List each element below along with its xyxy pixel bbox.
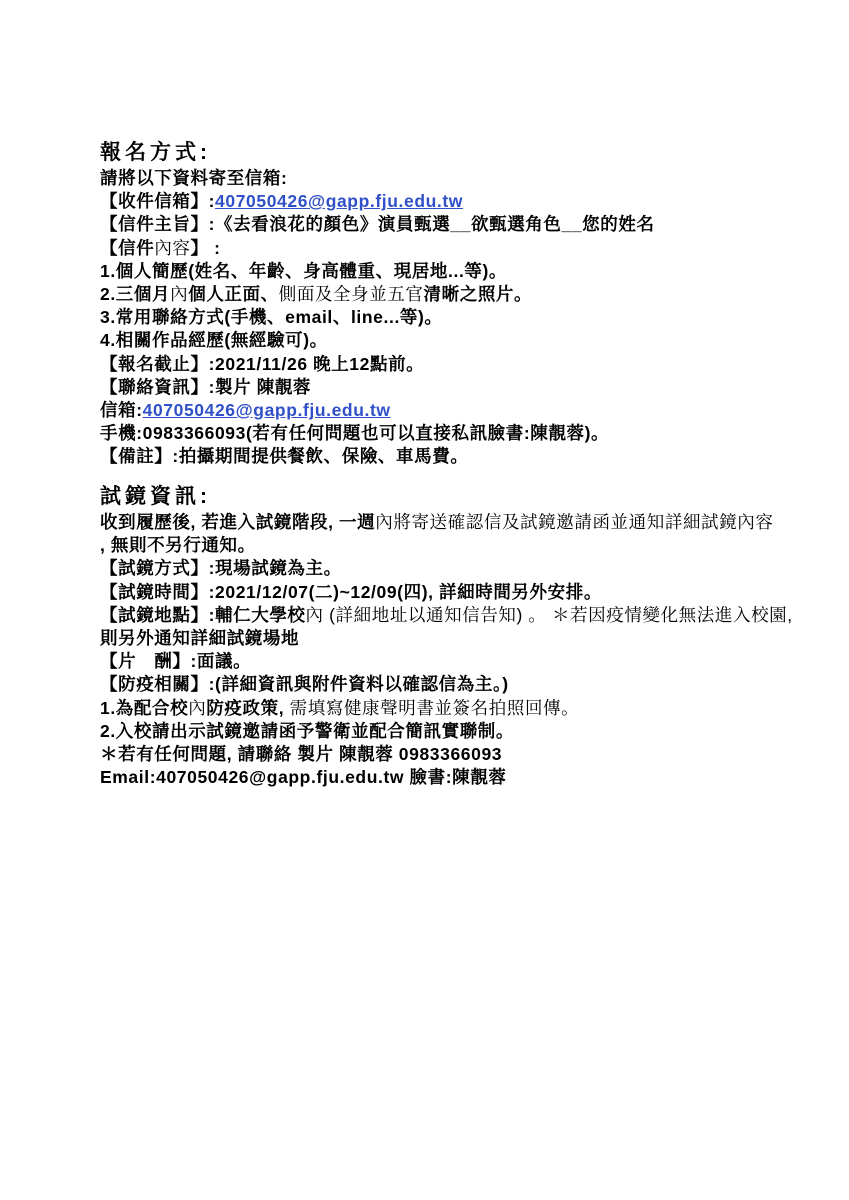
text-segment: 【防疫相關】:(詳細資訊與附件資料以確認信為主。) <box>100 674 509 694</box>
text-segment: 內 <box>188 698 206 718</box>
text-segment: 【試鏡時間】:2021/12/07(二)~12/09(四), 詳細時間另外安排。 <box>100 582 602 602</box>
text-line: 2.三個月內個人正面、側面及全身並五官清晰之照片。 <box>100 283 655 306</box>
text-line: Email:407050426@gapp.fju.edu.tw 臉書:陳靚蓉 <box>100 766 793 789</box>
text-line: ＊若有任何問題, 請聯絡 製片 陳靚蓉 0983366093 <box>100 743 793 766</box>
text-segment: 【片 酬】:面議。 <box>100 651 251 671</box>
text-segment: 防疫政策, <box>206 698 289 718</box>
text-line: 【報名截止】:2021/11/26 晚上12點前。 <box>100 353 655 376</box>
text-segment: 內將寄送確認信及試鏡邀請函並通知詳細試鏡內容 <box>375 512 773 532</box>
text-segment: 【試鏡地點】:輔仁大學校 <box>100 605 306 625</box>
section-heading: 試鏡資訊: <box>100 484 793 510</box>
text-line: 【備註】:拍攝期間提供餐飲、保險、車馬費。 <box>100 445 655 468</box>
text-line: 收到履歷後, 若進入試鏡階段, 一週內將寄送確認信及試鏡邀請函並通知詳細試鏡內容 <box>100 511 793 534</box>
text-segment: 【報名截止】:2021/11/26 晚上12點前。 <box>100 354 424 374</box>
text-segment: 收到履歷後, 若進入試鏡階段, 一週 <box>100 512 375 532</box>
text-line: 【信件主旨】:《去看浪花的顏色》演員甄選__欲甄選角色__您的姓名 <box>100 213 655 236</box>
text-line: 【信件內容】 : <box>100 237 655 260</box>
document-page: 報名方式:請將以下資料寄至信箱:【收件信箱】:407050426@gapp.fj… <box>0 0 849 1200</box>
text-line: 【試鏡方式】:現場試鏡為主。 <box>100 557 793 580</box>
document-section: 試鏡資訊:收到履歷後, 若進入試鏡階段, 一週內將寄送確認信及試鏡邀請函並通知詳… <box>100 484 793 789</box>
text-line: 則另外通知詳細試鏡場地 <box>100 627 793 650</box>
text-line: 【試鏡時間】:2021/12/07(二)~12/09(四), 詳細時間另外安排。 <box>100 581 793 604</box>
text-line: 手機:0983366093(若有任何問題也可以直接私訊臉書:陳靚蓉)。 <box>100 422 655 445</box>
text-segment: 清晰之照片。 <box>424 284 533 304</box>
text-segment: 內 <box>170 284 188 304</box>
text-segment: 3.常用聯絡方式(手機、email、line...等)。 <box>100 307 443 327</box>
text-line: 2.入校請出示試鏡邀請函予警衛並配合簡訊實聯制。 <box>100 720 793 743</box>
text-line: 4.相關作品經歷(無經驗可)。 <box>100 329 655 352</box>
text-line: 1.個人簡歷(姓名、年齡、身高體重、現居地...等)。 <box>100 260 655 283</box>
text-segment: 側面及全身並五官 <box>279 284 424 304</box>
text-line: 【試鏡地點】:輔仁大學校內 (詳細地址以通知信告知) 。 ＊若因疫情變化無法進入… <box>100 604 793 627</box>
text-line: , 無則不另行通知。 <box>100 534 793 557</box>
text-segment: 2.入校請出示試鏡邀請函予警衛並配合簡訊實聯制。 <box>100 721 514 741</box>
text-segment: 】 : <box>191 238 221 258</box>
text-segment: 需填寫健康聲明書並簽名拍照回傳。 <box>290 698 580 718</box>
document-section: 報名方式:請將以下資料寄至信箱:【收件信箱】:407050426@gapp.fj… <box>100 140 655 469</box>
text-segment: 內容 <box>154 238 190 258</box>
text-segment: 【備註】:拍攝期間提供餐飲、保險、車馬費。 <box>100 446 468 466</box>
email-link[interactable]: 407050426@gapp.fju.edu.tw <box>143 400 391 420</box>
text-line: 【聯絡資訊】:製片 陳靚蓉 <box>100 376 655 399</box>
text-segment: 則另外通知詳細試鏡場地 <box>100 628 299 648</box>
text-line: 1.為配合校內防疫政策, 需填寫健康聲明書並簽名拍照回傳。 <box>100 697 793 720</box>
text-segment: 內 (詳細地址以通知信告知) 。 ＊若因疫情變化無法進入校園, <box>306 605 793 625</box>
text-segment: , 無則不另行通知。 <box>100 535 256 555</box>
text-segment: 【信件主旨】:《去看浪花的顏色》演員甄選__欲甄選角色__您的姓名 <box>100 214 655 234</box>
text-segment: 4.相關作品經歷(無經驗可)。 <box>100 330 328 350</box>
text-segment: 個人正面、 <box>188 284 279 304</box>
text-segment: 2.三個月 <box>100 284 170 304</box>
text-line: 3.常用聯絡方式(手機、email、line...等)。 <box>100 306 655 329</box>
text-line: 【片 酬】:面議。 <box>100 650 793 673</box>
text-segment: 信箱: <box>100 400 143 420</box>
text-line: 【收件信箱】:407050426@gapp.fju.edu.tw <box>100 190 655 213</box>
text-segment: Email:407050426@gapp.fju.edu.tw 臉書:陳靚蓉 <box>100 767 506 787</box>
text-segment: 【試鏡方式】:現場試鏡為主。 <box>100 558 342 578</box>
text-segment: 請將以下資料寄至信箱: <box>100 168 287 188</box>
text-segment: 【收件信箱】: <box>100 191 215 211</box>
text-segment: 【信件 <box>100 238 154 258</box>
text-line: 請將以下資料寄至信箱: <box>100 167 655 190</box>
text-line: 【防疫相關】:(詳細資訊與附件資料以確認信為主。) <box>100 673 793 696</box>
email-link[interactable]: 407050426@gapp.fju.edu.tw <box>215 191 463 211</box>
section-heading: 報名方式: <box>100 140 655 166</box>
text-segment: ＊若有任何問題, 請聯絡 製片 陳靚蓉 0983366093 <box>100 744 502 764</box>
text-segment: 【聯絡資訊】:製片 陳靚蓉 <box>100 377 311 397</box>
text-segment: 1.為配合校 <box>100 698 188 718</box>
text-segment: 手機:0983366093(若有任何問題也可以直接私訊臉書:陳靚蓉)。 <box>100 423 609 443</box>
text-segment: 1.個人簡歷(姓名、年齡、身高體重、現居地...等)。 <box>100 261 507 281</box>
text-line: 信箱:407050426@gapp.fju.edu.tw <box>100 399 655 422</box>
